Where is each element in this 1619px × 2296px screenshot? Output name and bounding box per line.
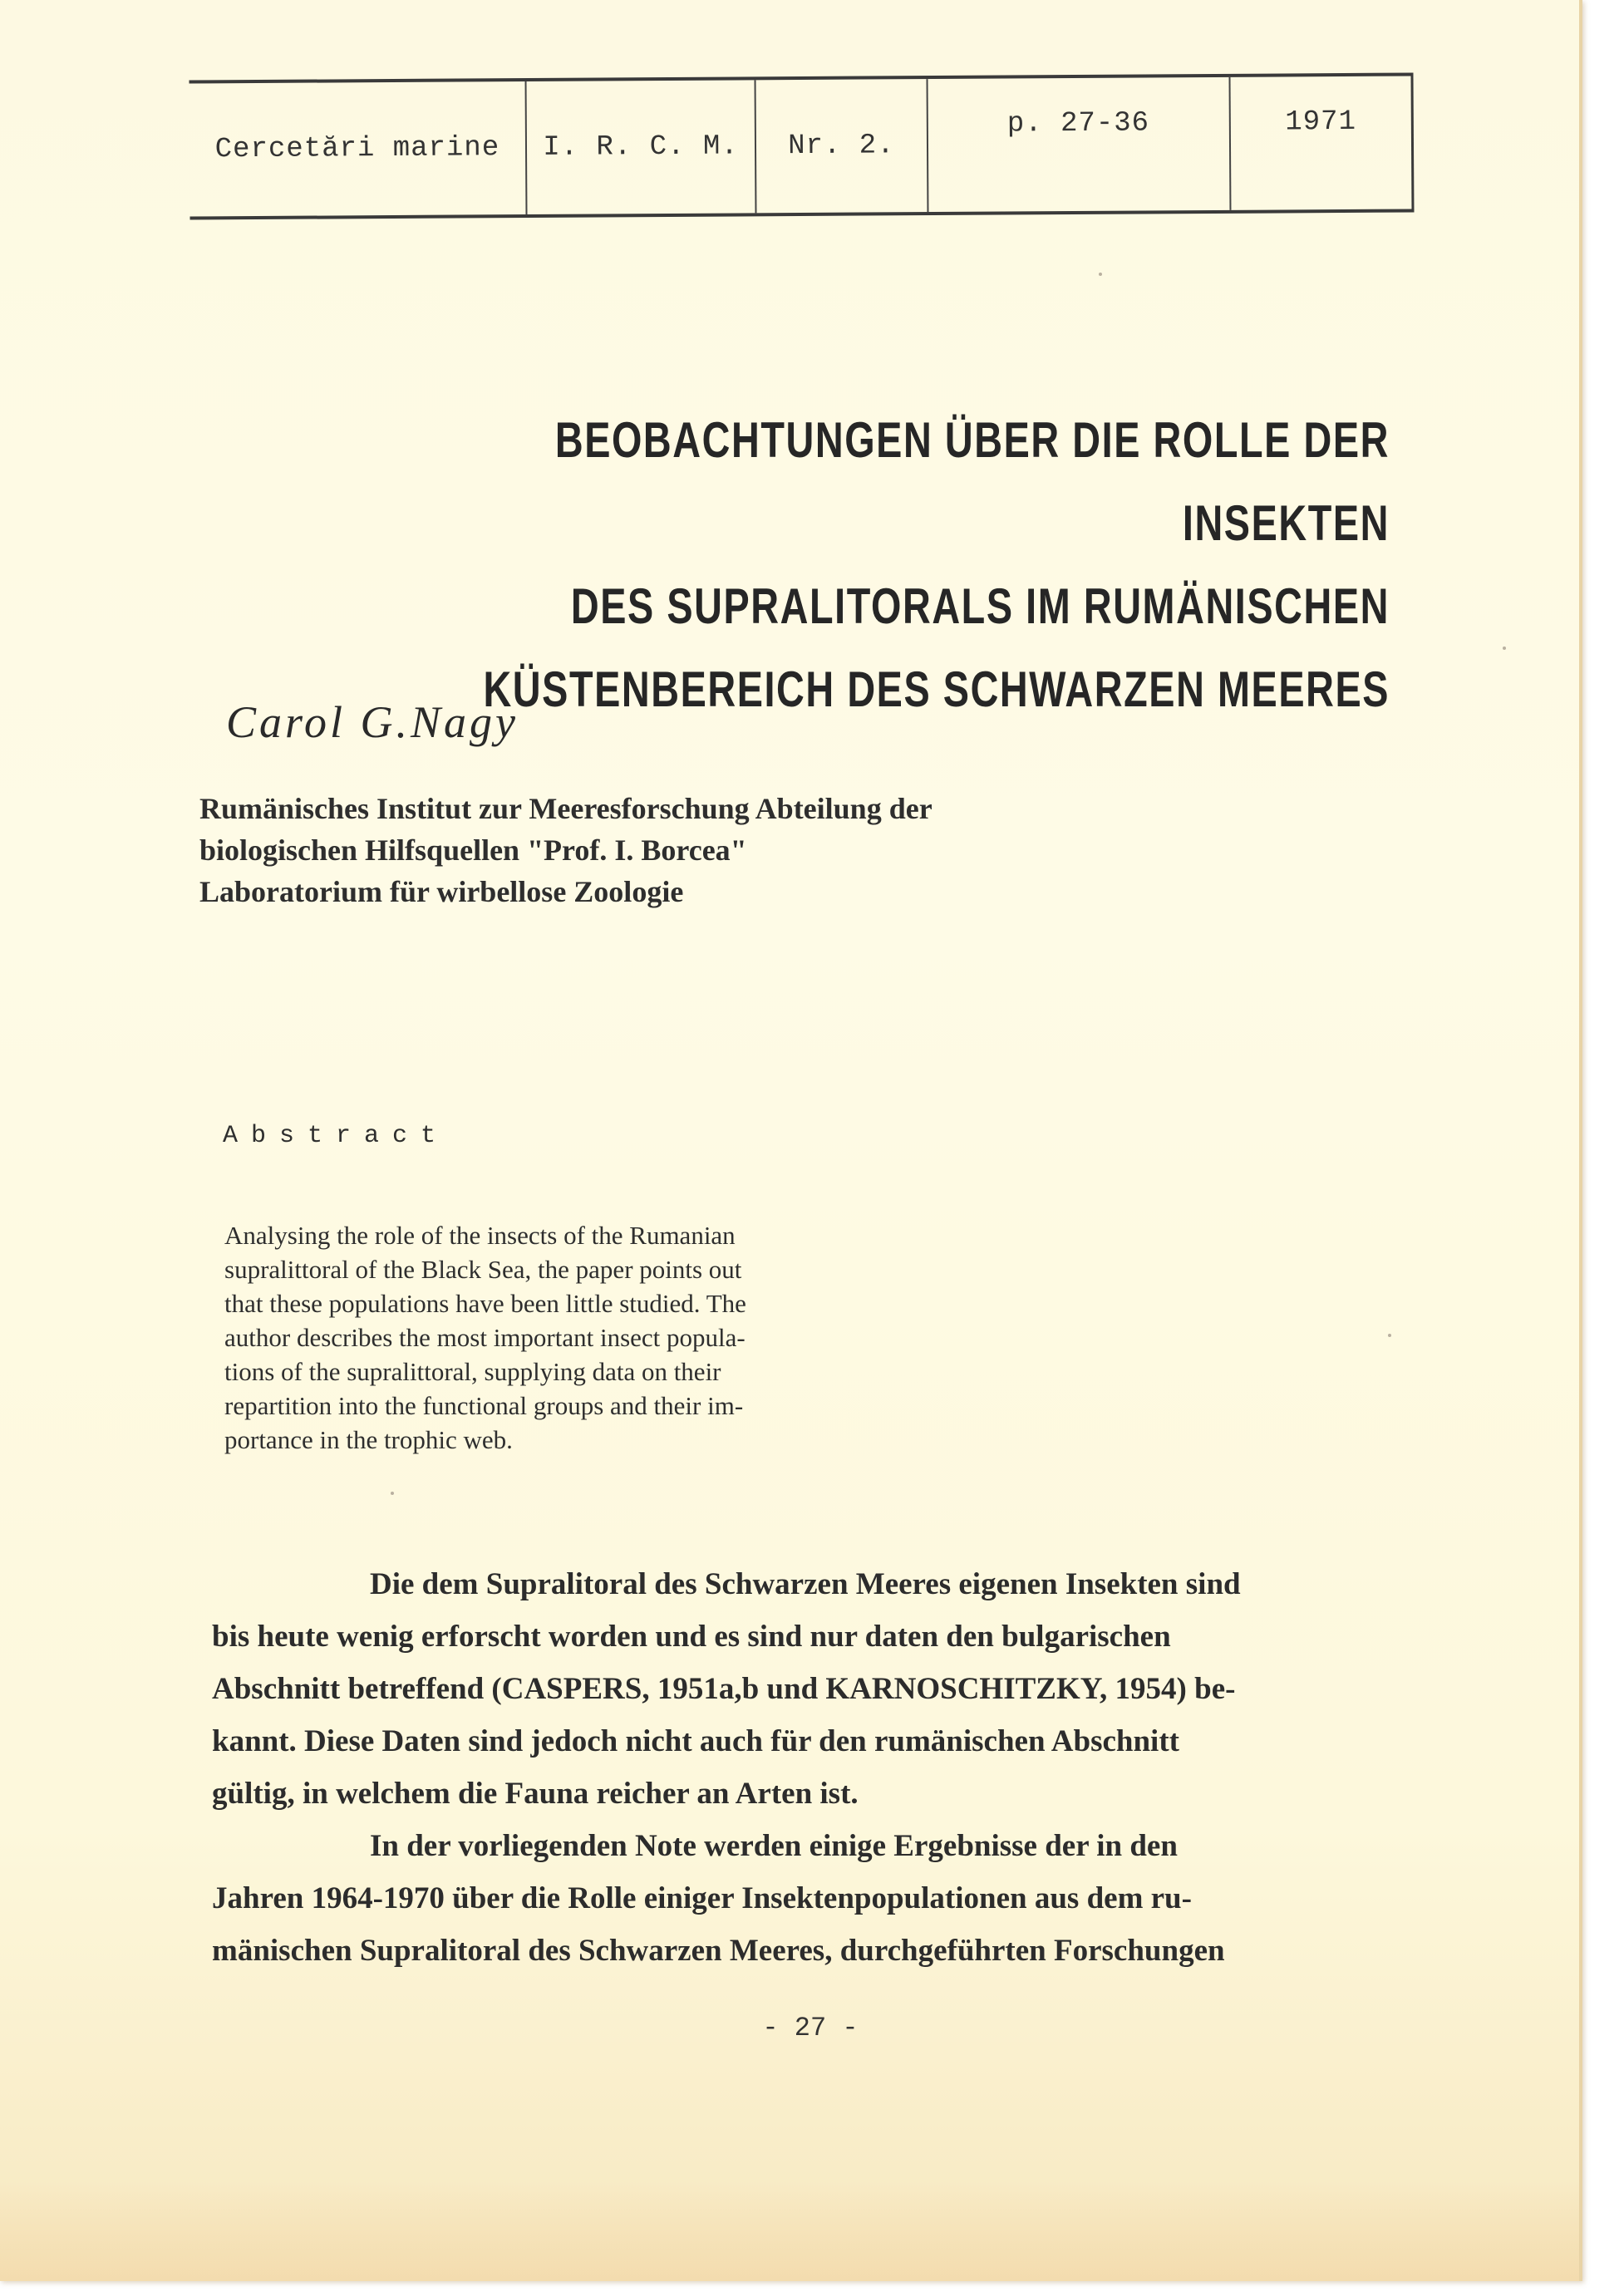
body-line: Jahren 1964-1970 über die Rolle einiger … bbox=[212, 1872, 1442, 1925]
paper-page: Cercetări marine I. R. C. M. Nr. 2. p. 2… bbox=[0, 0, 1582, 2281]
paper-title: BEOBACHTUNGEN ÜBER DIE ROLLE DER INSEKTE… bbox=[352, 399, 1390, 731]
journal-name: Cercetări marine bbox=[189, 81, 526, 216]
abstract-heading: Abstract bbox=[223, 1122, 449, 1150]
abstract-line: repartition into the functional groups a… bbox=[224, 1389, 989, 1423]
abstract-text: Analysing the role of the insects of the… bbox=[224, 1218, 989, 1457]
paper-speck bbox=[1099, 273, 1102, 276]
affiliation: Rumänisches Institut zur Meeresforschung… bbox=[199, 788, 933, 912]
abstract-line: author describes the most important inse… bbox=[224, 1320, 989, 1354]
body-line: gültig, in welchem die Fauna reicher an … bbox=[212, 1767, 1442, 1820]
body-line: Abschnitt betreffend (CASPERS, 1951a,b u… bbox=[212, 1663, 1442, 1715]
abstract-line: that these populations have been little … bbox=[224, 1286, 989, 1320]
title-line: DES SUPRALITORALS IM RUMÄNISCHEN bbox=[352, 565, 1390, 648]
body-line: Die dem Supralitoral des Schwarzen Meere… bbox=[212, 1558, 1442, 1610]
abstract-line: supralittoral of the Black Sea, the pape… bbox=[224, 1252, 989, 1286]
abstract-line: tions of the supralittoral, supplying da… bbox=[224, 1354, 989, 1389]
title-line: BEOBACHTUNGEN ÜBER DIE ROLLE DER INSEKTE… bbox=[352, 399, 1390, 565]
abstract-line: Analysing the role of the insects of the… bbox=[224, 1218, 989, 1252]
page-range: p. 27-36 bbox=[926, 77, 1229, 212]
body-line: In der vorliegenden Note werden einige E… bbox=[212, 1820, 1442, 1872]
affiliation-line: biologischen Hilfsquellen "Prof. I. Borc… bbox=[199, 829, 933, 871]
body-text: Die dem Supralitoral des Schwarzen Meere… bbox=[212, 1558, 1442, 1977]
publication-year: 1971 bbox=[1228, 76, 1411, 210]
issue-number: Nr. 2. bbox=[755, 79, 927, 213]
paper-speck bbox=[1388, 1334, 1391, 1337]
journal-header-table: Cercetări marine I. R. C. M. Nr. 2. p. 2… bbox=[189, 73, 1415, 220]
body-line: kannt. Diese Daten sind jedoch nicht auc… bbox=[212, 1715, 1442, 1767]
affiliation-line: Rumänisches Institut zur Meeresforschung… bbox=[199, 788, 933, 829]
paper-speck bbox=[391, 1492, 394, 1495]
body-line: bis heute wenig erforscht worden und es … bbox=[212, 1610, 1442, 1663]
page-number: - 27 - bbox=[0, 2013, 1579, 2043]
paper-speck bbox=[1503, 647, 1506, 650]
institute-abbrev: I. R. C. M. bbox=[524, 80, 755, 214]
author-name: Carol G.Nagy bbox=[226, 696, 519, 748]
body-line: mänischen Supralitoral des Schwarzen Mee… bbox=[212, 1925, 1442, 1977]
affiliation-line: Laboratorium für wirbellose Zoologie bbox=[199, 871, 933, 912]
abstract-line: portance in the trophic web. bbox=[224, 1423, 989, 1457]
